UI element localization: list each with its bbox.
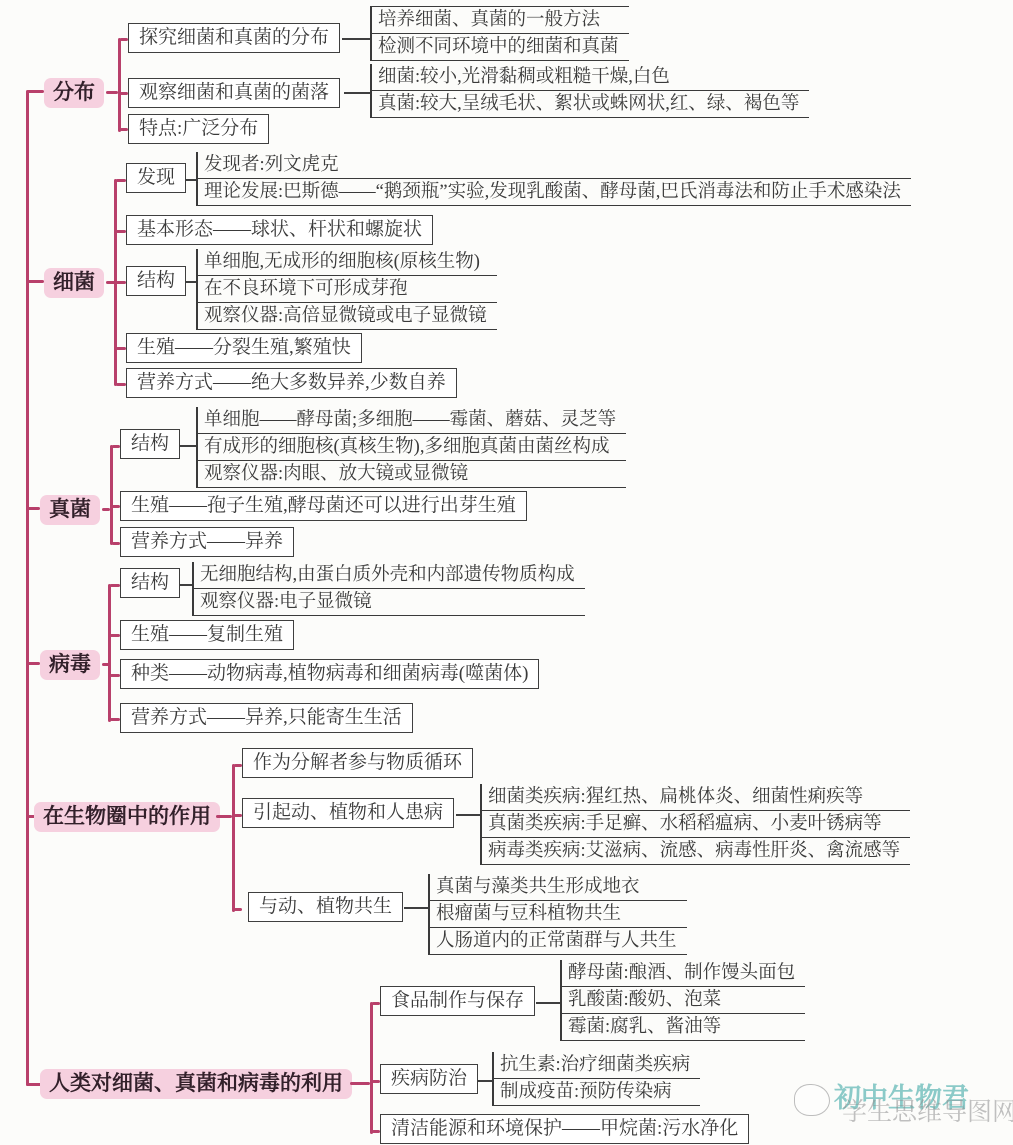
connector-line [110,584,120,587]
connector-line [234,814,242,817]
leaf-group: 酵母菌:酿酒、制作馒头面包 乳酸菌:酸奶、泡菜 霉菌:腐乳、酱油等 [560,960,805,1041]
branch-virus: 病毒 [40,650,100,680]
leaf-item: 无细胞结构,由蛋白质外壳和内部遗传物质构成 [194,562,585,589]
connector-line [180,584,192,586]
leaf-group: 真菌与藻类共生形成地衣 根瘤菌与豆科植物共生 人肠道内的正常菌群与人共生 [428,874,687,955]
branch-distribution: 分布 [44,78,104,108]
leaf-item: 细菌:较小,光滑黏稠或粗糙干燥,白色 [372,64,809,91]
node-bacteria-structure: 结构 [126,266,186,296]
leaf-group: 细菌类疾病:猩红热、扁桃体炎、细菌性痢疾等 真菌类疾病:手足癣、水稻稻瘟病、小麦… [480,784,910,865]
connector-line [344,92,370,94]
connector-line [118,38,121,132]
watermark-mascot-icon [794,1084,830,1116]
connector-line [234,764,242,767]
connector-line [372,1080,380,1083]
leaf-group: 无细胞结构,由蛋白质外壳和内部遗传物质构成 观察仪器:电子显微镜 [192,562,585,616]
leaf-item: 观察仪器:肉眼、放大镜或显微镜 [198,461,626,488]
node-virus-structure: 结构 [120,568,180,598]
trunk-line [26,91,29,1086]
node-bacteria-discovery: 发现 [126,163,186,193]
watermark: 初中生物君 学生思维导图网 [790,1070,1010,1140]
leaf-group: 培养细菌、真菌的一般方法 检测不同环境中的细菌和真菌 [370,6,629,61]
connector-line [370,1002,373,1134]
leaf-item: 培养细菌、真菌的一般方法 [372,7,629,34]
branch-fungi: 真菌 [40,495,100,525]
connector-line [108,584,111,722]
connector-line [116,347,126,350]
connector-line [478,1080,492,1082]
connector-line [372,1130,380,1133]
connector-line [120,128,128,131]
node-observe-colonies: 观察细菌和真菌的菌落 [128,78,340,108]
node-cause-disease: 引起动、植物和人患病 [242,798,454,828]
leaf-group: 抗生素:治疗细菌类疾病 制成疫苗:预防传染病 [492,1052,700,1106]
connector-line [232,764,235,912]
leaf-item: 根瘤菌与豆科植物共生 [430,901,687,928]
leaf-item: 真菌:较大,呈绒毛状、絮状或蛛网状,红、绿、褐色等 [372,91,809,118]
leaf-item: 霉菌:腐乳、酱油等 [562,1014,805,1041]
node-fungi-nutrition: 营养方式——异养 [120,527,294,557]
connector-line [110,718,120,721]
leaf-item: 理论发展:巴斯德——“鹅颈瓶”实验,发现乳酸菌、酵母菌,巴氏消毒法和防止手术感染… [198,179,911,206]
branch-role-in-biosphere: 在生物圈中的作用 [34,802,220,832]
node-bacteria-shapes: 基本形态——球状、杆状和螺旋状 [126,215,433,245]
leaf-item: 发现者:列文虎克 [198,152,911,179]
connector-line [110,445,113,545]
connector-line [216,815,232,818]
connector-line [26,507,40,510]
branch-bacteria: 细菌 [44,268,104,298]
connector-line [112,542,120,545]
mindmap-canvas: 分布 探究细菌和真菌的分布 培养细菌、真菌的一般方法 检测不同环境中的细菌和真菌… [0,0,1013,1145]
leaf-item: 单细胞——酵母菌;多细胞——霉菌、蘑菇、灵芝等 [198,407,626,434]
connector-line [26,280,44,283]
node-virus-types: 种类——动物病毒,植物病毒和细菌病毒(噬菌体) [120,659,539,689]
connector-line [110,634,120,637]
leaf-item: 抗生素:治疗细菌类疾病 [494,1052,700,1079]
connector-line [404,907,428,909]
leaf-group: 发现者:列文虎克 理论发展:巴斯德——“鹅颈瓶”实验,发现乳酸菌、酵母菌,巴氏消… [196,152,911,206]
connector-line [116,230,126,233]
leaf-item: 酵母菌:酿酒、制作馒头面包 [562,960,805,987]
node-clean-energy: 清洁能源和环境保护——甲烷菌:污水净化 [380,1114,749,1144]
leaf-group: 单细胞,无成形的细胞核(原核生物) 在不良环境下可形成芽孢 观察仪器:高倍显微镜… [196,249,497,330]
node-disease-prevention: 疾病防治 [380,1064,478,1094]
connector-line [536,1002,560,1004]
node-symbiosis: 与动、植物共生 [248,892,403,922]
connector-line [106,91,118,94]
leaf-item: 单细胞,无成形的细胞核(原核生物) [198,249,497,276]
leaf-item: 真菌类疾病:手足癣、水稻稻瘟病、小麦叶锈病等 [482,811,910,838]
connector-line [116,179,126,182]
branch-human-use: 人类对细菌、真菌和病毒的利用 [40,1069,352,1099]
node-fungi-reproduction: 生殖——孢子生殖,酵母菌还可以进行出芽生殖 [120,491,527,521]
leaf-item: 制成疫苗:预防传染病 [494,1079,700,1106]
watermark-text-teal: 初中生物君 [834,1076,969,1115]
leaf-item: 在不良环境下可形成芽孢 [198,276,497,303]
node-virus-nutrition: 营养方式——异养,只能寄生生活 [120,703,413,733]
node-fungi-structure: 结构 [120,429,180,459]
connector-line [180,445,196,447]
connector-line [350,1082,370,1085]
node-bacteria-reproduction: 生殖——分裂生殖,繁殖快 [126,333,362,363]
connector-line [186,179,196,181]
node-explore-distribution: 探究细菌和真菌的分布 [128,23,340,53]
leaf-item: 乳酸菌:酸奶、泡菜 [562,987,805,1014]
connector-line [26,90,44,93]
connector-line [112,505,120,508]
node-virus-reproduction: 生殖——复制生殖 [120,620,294,650]
node-decomposer: 作为分解者参与物质循环 [242,748,473,778]
leaf-group: 细菌:较小,光滑黏稠或粗糙干燥,白色 真菌:较大,呈绒毛状、絮状或蛛网状,红、绿… [370,64,809,118]
leaf-item: 真菌与藻类共生形成地衣 [430,874,687,901]
connector-line [120,38,128,41]
node-food-making: 食品制作与保存 [380,986,535,1016]
connector-line [186,281,196,283]
connector-line [456,814,480,816]
watermark-text-gray: 学生思维导图网 [842,1092,1013,1128]
connector-line [112,445,120,448]
connector-line [120,92,128,95]
connector-line [372,1002,380,1005]
leaf-item: 有成形的细胞核(真核生物),多细胞真菌由菌丝构成 [198,434,626,461]
leaf-item: 检测不同环境中的细菌和真菌 [372,34,629,61]
connector-line [26,662,40,665]
connector-line [116,281,126,284]
connector-line [102,508,110,511]
leaf-group: 单细胞——酵母菌;多细胞——霉菌、蘑菇、灵芝等 有成形的细胞核(真核生物),多细… [196,407,626,488]
connector-line [234,908,242,911]
node-feature-widespread: 特点:广泛分布 [128,114,269,144]
leaf-item: 细菌类疾病:猩红热、扁桃体炎、细菌性痢疾等 [482,784,910,811]
leaf-item: 观察仪器:高倍显微镜或电子显微镜 [198,303,497,330]
node-bacteria-nutrition: 营养方式——绝大多数异养,少数自养 [126,368,457,398]
leaf-item: 观察仪器:电子显微镜 [194,589,585,616]
connector-line [116,383,126,386]
connector-line [110,674,120,677]
leaf-item: 病毒类疾病:艾滋病、流感、病毒性肝炎、禽流感等 [482,838,910,865]
connector-line [342,38,370,40]
leaf-item: 人肠道内的正常菌群与人共生 [430,928,687,955]
